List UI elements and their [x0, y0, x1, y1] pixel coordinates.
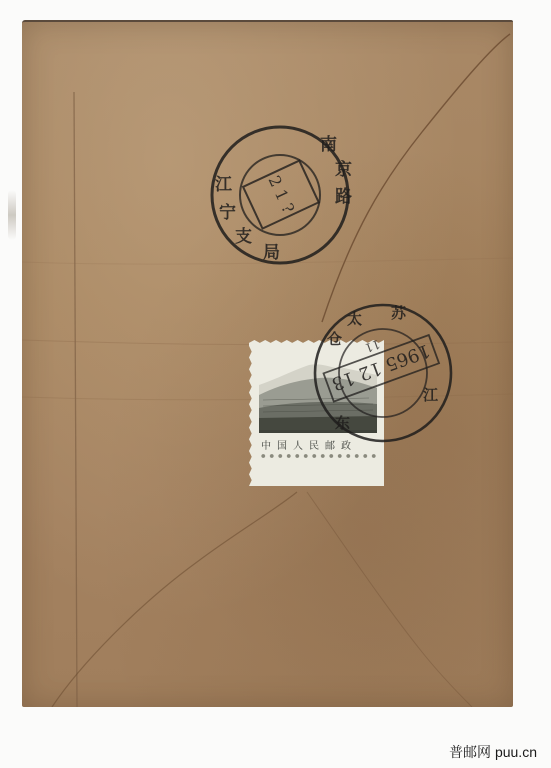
edge-smudge — [8, 190, 16, 240]
postmark-upper: 2 1 ? 南 京 路 江 宁 支 局 — [205, 120, 355, 270]
svg-text:南: 南 — [320, 134, 337, 155]
svg-text:京: 京 — [335, 159, 352, 180]
svg-text:仓: 仓 — [327, 330, 342, 348]
svg-text:支: 支 — [235, 226, 252, 247]
svg-text:太: 太 — [347, 310, 362, 328]
watermark-text: 普邮网 puu.cn — [449, 742, 537, 762]
stamp-perforation-row — [259, 453, 379, 459]
postmark-lower-rings: 1965 12 13 11 太 仓 江 东 苏 — [305, 298, 455, 446]
svg-text:路: 路 — [335, 186, 352, 207]
svg-text:江: 江 — [215, 175, 233, 195]
postmark-upper-rings: 2 1 ? 南 京 路 江 宁 支 局 — [205, 120, 355, 270]
svg-text:江: 江 — [422, 386, 439, 404]
svg-text:苏: 苏 — [391, 304, 407, 322]
svg-text:东: 东 — [335, 414, 350, 432]
postmark-lower: 1965 12 13 11 太 仓 江 东 苏 — [305, 298, 455, 446]
postmark-upper-date: 2 1 ? — [264, 173, 298, 216]
svg-text:宁: 宁 — [219, 202, 236, 223]
svg-text:局: 局 — [263, 243, 280, 263]
